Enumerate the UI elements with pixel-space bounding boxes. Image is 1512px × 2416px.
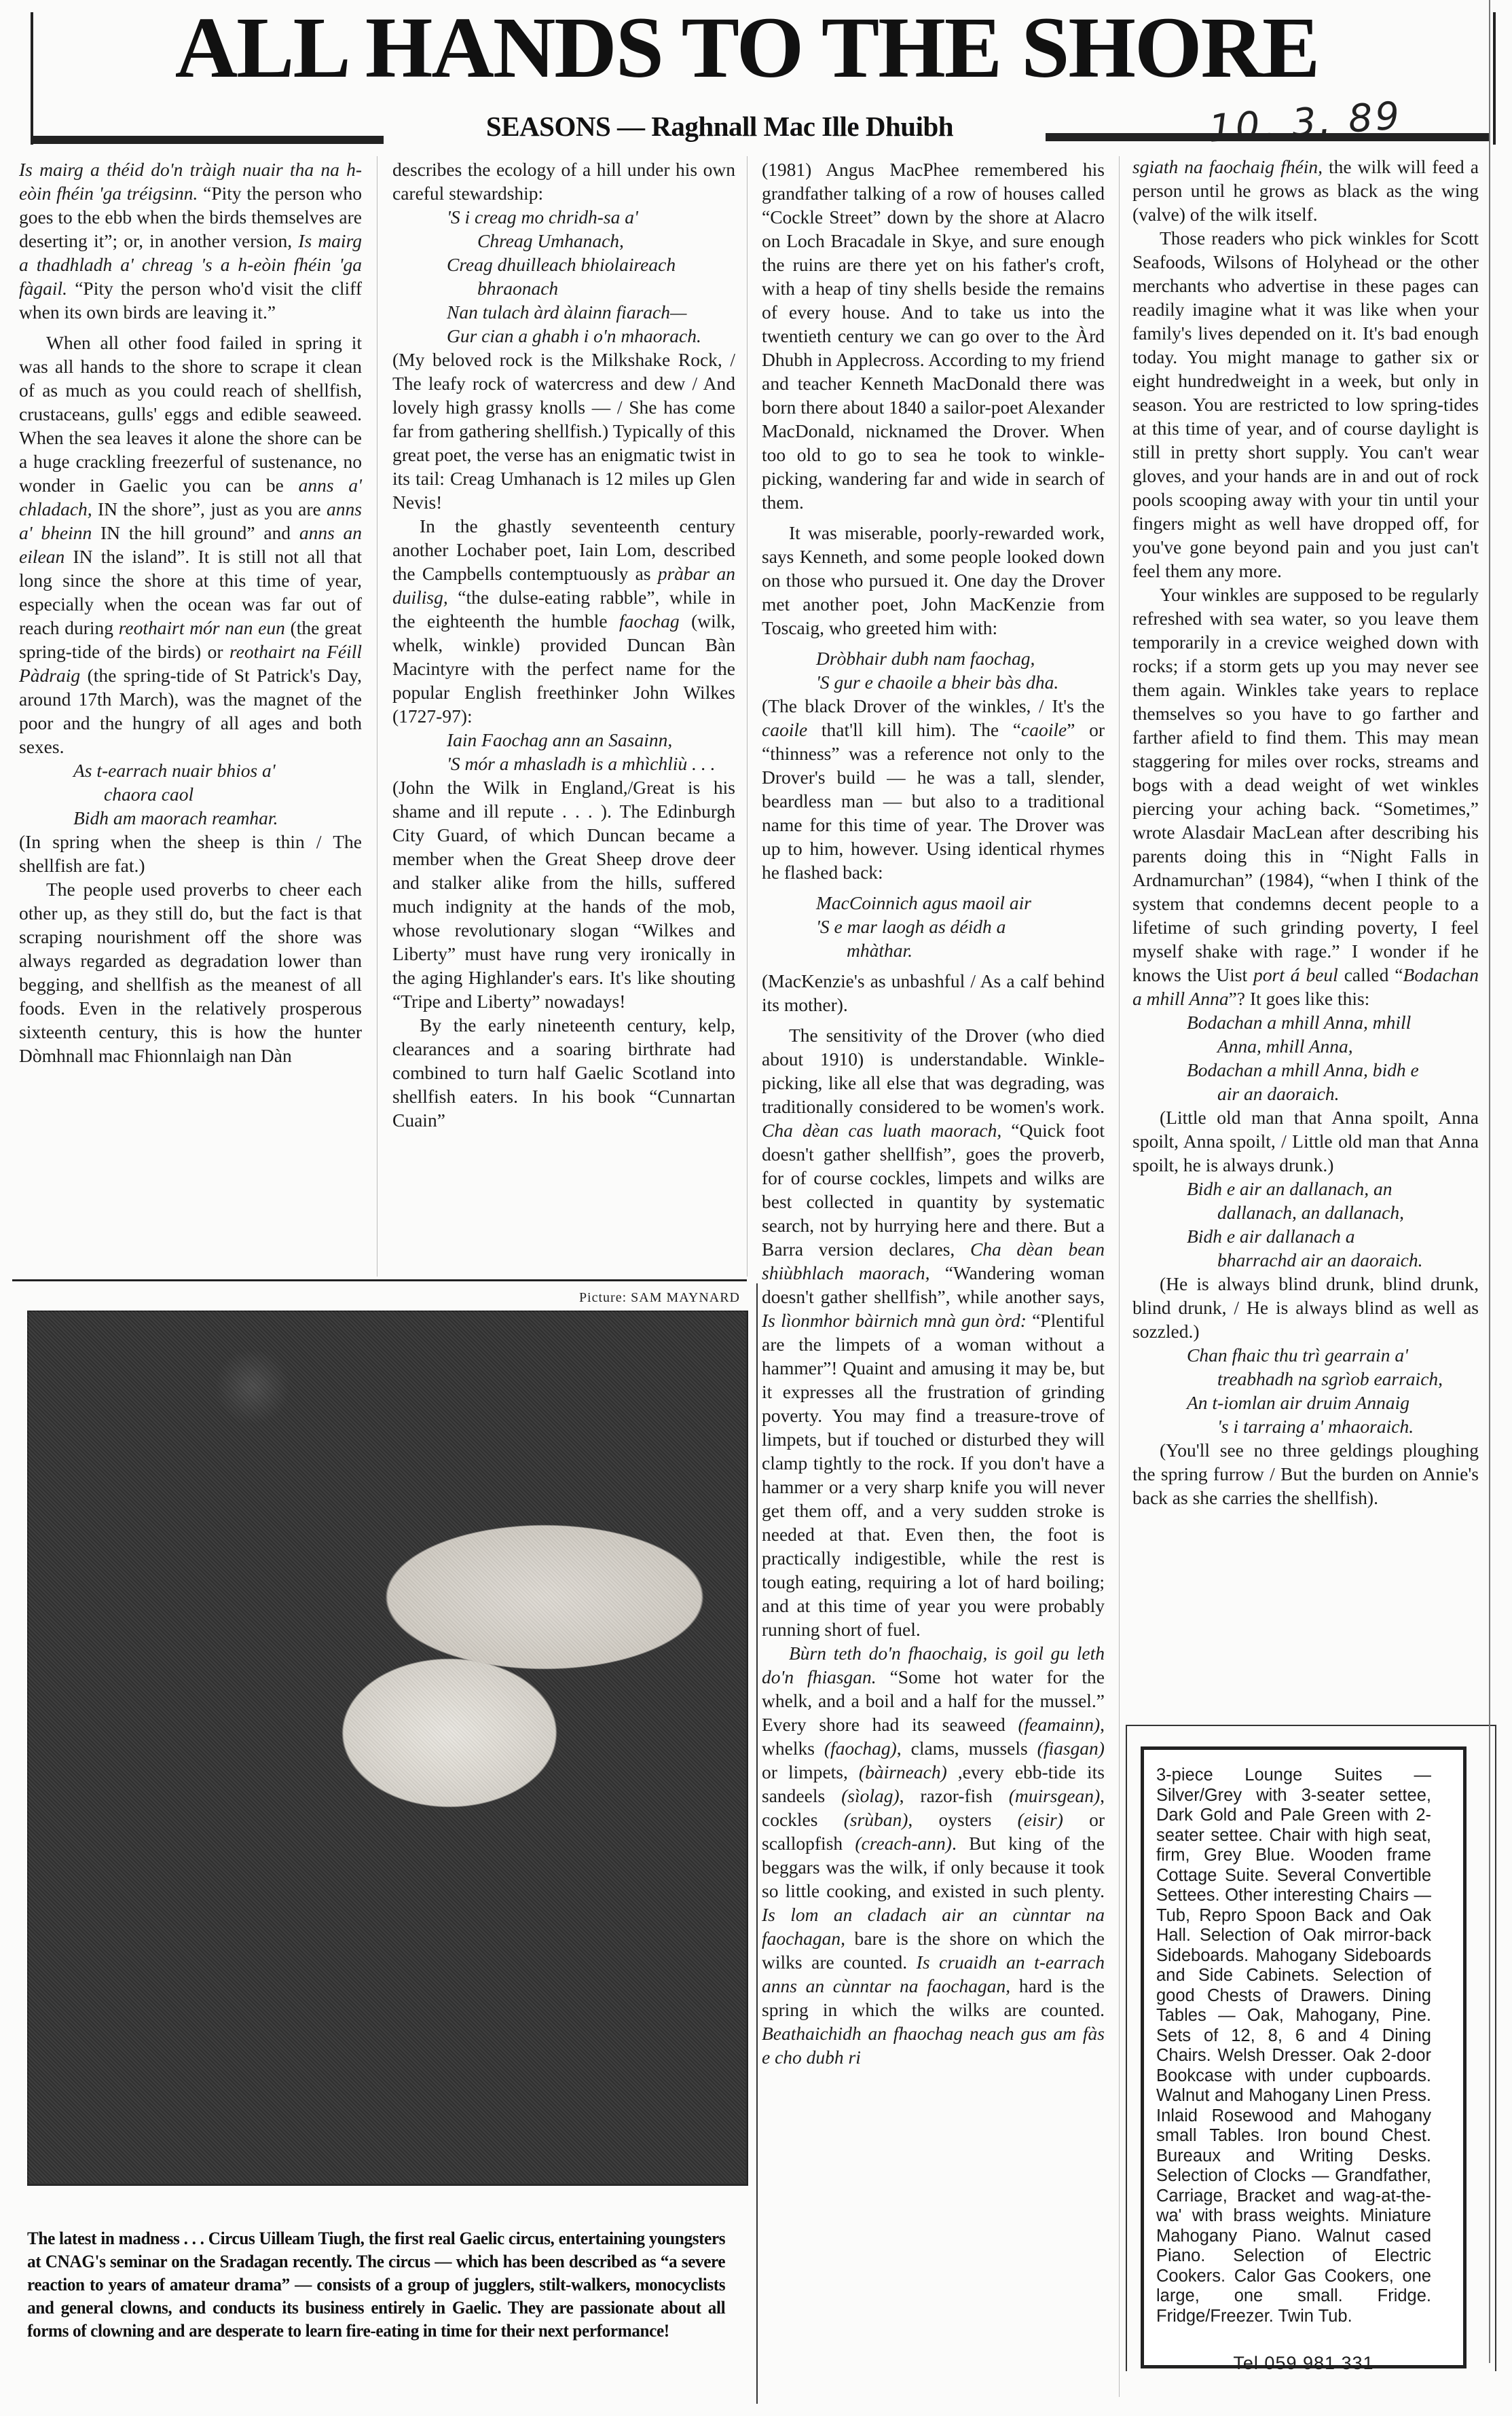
headline: ALL HANDS TO THE SHORE (102, 4, 1392, 91)
verse-line: treabhadh na sgrìob earraich, (1132, 1367, 1479, 1391)
verse-line: Creag dhuilleach bhiolaireach (392, 253, 735, 276)
gaelic-phrase: (srùban) (844, 1809, 908, 1830)
verse-line: Nan tulach àrd àlainn fiarach— (392, 300, 735, 324)
gaelic-phrase: (fiasgan) (1037, 1738, 1105, 1759)
verse-line: Bodachan a mhill Anna, bidh e (1132, 1058, 1479, 1082)
photo-rule (12, 1279, 747, 1281)
page-edge-rule (1489, 0, 1490, 2363)
gaelic-phrase: sgiath na faochaig fhéin, (1132, 156, 1323, 177)
text: (The black Drover of the winkles, / It's… (762, 695, 1105, 716)
verse-line: Bidh e air an dallanach, an (1132, 1177, 1479, 1201)
text: that'll kill him). The “ (807, 719, 1021, 740)
gaelic-phrase: (faochag) (824, 1738, 897, 1759)
verse-line: 'S mór a mhasladh is a mhìchliù . . . (392, 752, 735, 775)
paragraph: sgiath na faochaig fhéin, the wilk will … (1132, 155, 1479, 226)
verse-line: 'S i creag mo chridh-sa a' (392, 205, 735, 229)
text: , razor-fish (900, 1785, 1009, 1806)
text: IN the hill ground” and (92, 522, 299, 543)
newspaper-page: ALL HANDS TO THE SHORE SEASONS — Raghnal… (0, 0, 1512, 2416)
gaelic-phrase: Cha dèan cas luath maorach, (762, 1120, 1001, 1141)
text: ”? It goes like this: (1229, 988, 1370, 1009)
photo-caption: The latest in madness . . . Circus Uille… (27, 2227, 725, 2343)
advert-body: 3-piece Lounge Suites — Silver/Grey with… (1156, 1765, 1431, 2326)
gaelic-phrase: (eisir) (1018, 1809, 1063, 1830)
text: Your winkles are supposed to be regularl… (1132, 584, 1479, 985)
gaelic-phrase: caoile (762, 719, 807, 740)
article-column-4: sgiath na faochaig fhéin, the wilk will … (1132, 155, 1479, 1509)
gaelic-phrase: (feamainn) (1018, 1714, 1100, 1735)
verse-line: dallanach, an dallanach, (1132, 1201, 1479, 1224)
text: called “ (1338, 964, 1403, 985)
paragraph: Those readers who pick winkles for Scott… (1132, 226, 1479, 583)
gaelic-phrase: Is lìonmhor bàirnich mnà gun òrd: (762, 1310, 1027, 1331)
verse-line: mhàthar. (762, 938, 1105, 962)
column-rule (1119, 156, 1120, 2397)
gaelic-phrase: (bàirneach) (859, 1761, 947, 1782)
paragraph: When all other food failed in spring it … (19, 331, 362, 758)
text: IN the shore”, just as you are (92, 498, 327, 519)
verse-line: Dròbhair dubh nam faochag, (762, 646, 1105, 670)
paragraph: Is mairg a théid do'n tràigh nuair tha n… (19, 158, 362, 324)
paragraph: In the ghastly seventeenth century anoth… (392, 514, 735, 728)
paragraph: The sensitivity of the Drover (who died … (762, 1023, 1105, 1641)
paragraph: By the early nineteenth century, kelp, c… (392, 1013, 735, 1132)
text: or limpets, (762, 1761, 859, 1782)
verse-translation: (He is always blind drunk, blind drunk, … (1132, 1272, 1479, 1343)
verse-line: Chan fhaic thu trì gearrain a' (1132, 1343, 1479, 1367)
verse-line: As t-earrach nuair bhios a' (19, 758, 362, 782)
verse-line: Iain Faochag ann an Sasainn, (392, 728, 735, 752)
verse-line: An t-iomlan air druim Annaig (1132, 1391, 1479, 1414)
verse-line: bhraonach (392, 276, 735, 300)
article-column-1: Is mairg a théid do'n tràigh nuair tha n… (19, 158, 362, 1067)
verse-line: Chreag Umhanach, (392, 229, 735, 253)
advert-telephone: Tel 059 981 331 (1141, 2353, 1467, 2374)
verse-line: bharrachd air an daoraich. (1132, 1248, 1479, 1272)
gaelic-phrase: (sìolag) (841, 1785, 900, 1806)
verse-translation: (MacKenzie's as unbashful / As a calf be… (762, 969, 1105, 1017)
gaelic-phrase: Beathaichidh an fhaochag neach gus am fà… (762, 2023, 1105, 2068)
article-column-3: (1981) Angus MacPhee remembered his gran… (762, 158, 1105, 2069)
paragraph: The people used proverbs to cheer each o… (19, 877, 362, 1067)
gaelic-phrase: port á beul (1253, 964, 1338, 985)
column-rule (377, 156, 377, 1277)
verse-translation: (You'll see no three geldings ploughing … (1132, 1438, 1479, 1509)
paragraph: (1981) Angus MacPhee remembered his gran… (762, 158, 1105, 514)
paragraph: Your winkles are supposed to be regularl… (1132, 583, 1479, 1010)
gaelic-phrase: caoile (1021, 719, 1067, 740)
verse-line: Bodachan a mhill Anna, mhill (1132, 1010, 1479, 1034)
gaelic-phrase: (muirsgean) (1009, 1785, 1100, 1806)
gaelic-phrase: faochag (619, 610, 680, 632)
verse-translation: (My beloved rock is the Milkshake Rock, … (392, 348, 735, 514)
verse-line: Bidh e air dallanach a (1132, 1224, 1479, 1248)
masthead-rule-left (31, 136, 384, 144)
verse-translation: (The black Drover of the winkles, / It's… (762, 694, 1105, 884)
paragraph: describes the ecology of a hill under hi… (392, 158, 735, 205)
gaelic-phrase: (creach-ann) (855, 1833, 952, 1854)
photo-credit: Picture: SAM MAYNARD (557, 1290, 740, 1306)
verse-translation: (Little old man that Anna spoilt, Anna s… (1132, 1105, 1479, 1177)
column-rule (747, 156, 748, 1277)
section-byline: SEASONS — Raghnall Mac Ille Dhuibh (407, 110, 1032, 143)
text: “Pity the person who'd visit the cliff w… (19, 278, 362, 323)
verse-line: Anna, mhill Anna, (1132, 1034, 1479, 1058)
text: When all other food failed in spring it … (19, 332, 362, 496)
verse-line: 'S gur e chaoile a bheir bàs dha. (762, 670, 1105, 694)
article-column-2: describes the ecology of a hill under hi… (392, 158, 735, 1132)
text: “Plentiful are the limpets of a woman wi… (762, 1310, 1105, 1640)
verse-line: Bidh am maorach reamhar. (19, 806, 362, 830)
paragraph: It was miserable, poorly-rewarded work, … (762, 521, 1105, 640)
text: , clams, mussels (897, 1738, 1037, 1759)
text: The sensitivity of the Drover (who died … (762, 1025, 1105, 1117)
verse-line: 'S e mar laogh as déidh a (762, 915, 1105, 938)
verse-line: MacCoinnich agus maoil air (762, 891, 1105, 915)
verse-line: 's i tarraing a' mhaoraich. (1132, 1414, 1479, 1438)
gaelic-phrase: reothairt mór nan eun (119, 617, 285, 638)
paragraph: Bùrn teth do'n fhaochaig, is goil gu let… (762, 1641, 1105, 2069)
photo-halftone (27, 1311, 745, 2183)
text: , oysters (908, 1809, 1017, 1830)
verse-translation: (John the Wilk in England,/Great is his … (392, 775, 735, 1013)
verse-translation: (In spring when the sheep is thin / The … (19, 830, 362, 877)
verse-line: chaora caol (19, 782, 362, 806)
column-rule (756, 1283, 758, 2404)
verse-line: Gur cian a ghabh i o'n mhaorach. (392, 324, 735, 348)
verse-line: air an daoraich. (1132, 1082, 1479, 1105)
text: ” or “thinness” was a reference not only… (762, 719, 1105, 883)
